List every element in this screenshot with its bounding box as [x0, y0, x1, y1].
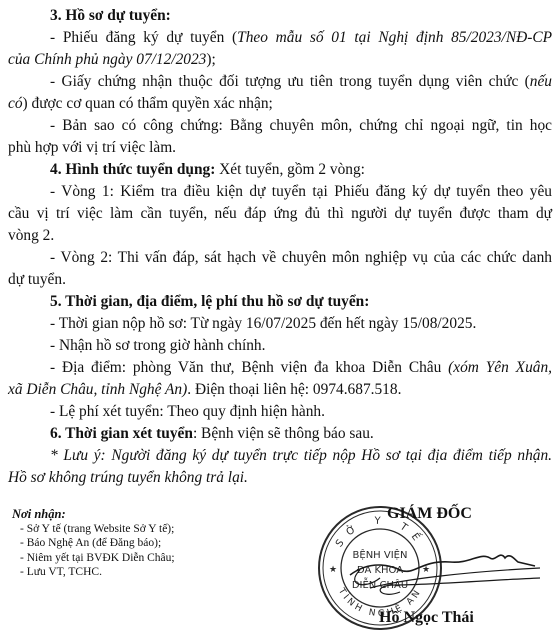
heading-text: 3. Hồ sơ dự tuyển:: [50, 7, 171, 24]
italic-text: nếu: [530, 73, 552, 90]
italic-text: xã Diễn Châu, tỉnh Nghệ An): [8, 381, 187, 398]
heading-text: 5. Thời gian, địa điểm, lệ phí thu hồ sơ…: [50, 293, 369, 310]
heading-text: 6. Thời gian xét tuyển: [50, 425, 193, 442]
text: );: [206, 51, 215, 68]
text: : Bệnh viện sẽ thông báo sau.: [193, 425, 374, 442]
text: - Địa điểm: phòng Văn thư, Bệnh viện đa …: [50, 359, 448, 376]
italic-text: * Lưu ý: Người đăng ký dự tuyển trực tiế…: [50, 447, 552, 464]
handwritten-signature-icon: [340, 540, 540, 610]
star-icon: ★: [329, 564, 337, 574]
section-5-place: - Địa điểm: phòng Văn thư, Bệnh viện đa …: [50, 358, 552, 378]
note-line-1: * Lưu ý: Người đăng ký dự tuyển trực tiế…: [50, 446, 552, 466]
recipient-item: - Báo Nghệ An (để Đăng báo);: [12, 536, 175, 551]
text: Xét tuyển, gồm 2 vòng:: [215, 161, 365, 178]
italic-text: Hồ sơ không trúng tuyển không trả lại.: [8, 469, 248, 486]
section-5-time: - Thời gian nộp hồ sơ: Từ ngày 16/07/202…: [50, 314, 476, 334]
section-3-item-3-cont: phù hợp với vị trí việc làm.: [8, 138, 176, 158]
section-3-item-2-cont: có) được cơ quan có thẩm quyền xác nhận;: [8, 94, 273, 114]
section-3-item-1: - Phiếu đăng ký dự tuyển (Theo mẫu số 01…: [50, 28, 552, 48]
section-4-heading: 4. Hình thức tuyển dụng: Xét tuyển, gồm …: [50, 160, 365, 180]
note-line-2: Hồ sơ không trúng tuyển không trả lại.: [8, 468, 248, 488]
section-3-item-2: - Giấy chứng nhận thuộc đối tượng ưu tiê…: [50, 72, 552, 92]
section-4-round-2-cont: dự tuyển.: [8, 270, 66, 290]
section-5-fee: - Lệ phí xét tuyển: Theo quy định hiện h…: [50, 402, 325, 422]
text: . Điện thoại liên hệ: 0974.687.518.: [187, 381, 401, 398]
section-6-heading: 6. Thời gian xét tuyển: Bệnh viện sẽ thô…: [50, 424, 374, 444]
recipient-item: - Sở Y tế (trang Website Sở Y tế);: [12, 522, 175, 537]
italic-text: Theo mẫu số 01 tại Nghị định 85/2023/NĐ-…: [237, 29, 552, 46]
section-3-item-1-cont: của Chính phủ ngày 07/12/2023);: [8, 50, 216, 70]
signer-title: GIÁM ĐỐC: [387, 505, 472, 523]
section-5-hours: - Nhận hồ sơ trong giờ hành chính.: [50, 336, 265, 356]
recipients-block: Nơi nhận: - Sở Y tế (trang Website Sở Y …: [12, 507, 175, 580]
section-4-round-2: - Vòng 2: Thi vấn đáp, sát hạch về chuyê…: [50, 248, 552, 268]
signer-name: Hồ Ngọc Thái: [379, 609, 474, 627]
italic-text: (xóm Yên Xuân,: [448, 359, 552, 376]
recipient-item: - Niêm yết tại BVĐK Diễn Châu;: [12, 551, 175, 566]
italic-text: có: [8, 95, 23, 112]
section-3-item-3: - Bản sao có công chứng: Bằng chuyên môn…: [50, 116, 552, 136]
text: - Giấy chứng nhận thuộc đối tượng ưu tiê…: [50, 73, 530, 90]
section-4-round-1-end: vòng 2.: [8, 226, 54, 246]
recipient-item: - Lưu VT, TCHC.: [12, 565, 175, 580]
italic-text: của Chính phủ ngày 07/12/2023: [8, 51, 206, 68]
section-4-round-1-cont: cầu vị trí việc làm cần tuyển, nếu đáp ứ…: [8, 204, 552, 224]
section-5-heading: 5. Thời gian, địa điểm, lệ phí thu hồ sơ…: [50, 292, 369, 312]
section-5-place-cont: xã Diễn Châu, tỉnh Nghệ An). Điện thoại …: [8, 380, 401, 400]
heading-text: 4. Hình thức tuyển dụng:: [50, 161, 215, 178]
recipients-heading: Nơi nhận:: [12, 507, 175, 522]
text: ) được cơ quan có thẩm quyền xác nhận;: [23, 95, 273, 112]
section-4-round-1: - Vòng 1: Kiểm tra điều kiện dự tuyển tạ…: [50, 182, 552, 202]
section-3-heading: 3. Hồ sơ dự tuyển:: [50, 6, 171, 26]
text: - Phiếu đăng ký dự tuyển (: [50, 29, 237, 46]
